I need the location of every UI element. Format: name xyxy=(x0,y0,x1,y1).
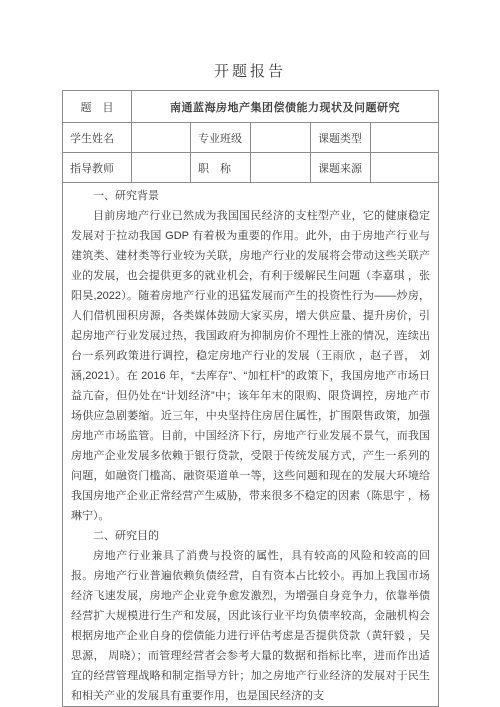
content-cell: 一、研究背景 目前房地产行业已然成为我国国民经济的支柱型产业，它的健康稳定发展对… xyxy=(63,183,439,707)
topic-value: 南通蓝海房地产集团偿债能力现状及问题研究 xyxy=(132,91,439,123)
student-name-label: 学生姓名 xyxy=(63,123,132,153)
section-heading-research-background: 一、研究背景 xyxy=(71,186,430,206)
topic-source-value-cell xyxy=(371,153,439,183)
research-background-paragraph: 目前房地产行业已然成为我国国民经济的支柱型产业，它的健康稳定发展对于拉动我国 G… xyxy=(71,206,430,526)
advisor-info-row: 指导教师 职 称 课题来源 xyxy=(63,153,439,183)
class-value-cell xyxy=(251,123,311,153)
content-row: 一、研究背景 目前房地产行业已然成为我国国民经济的支柱型产业，它的健康稳定发展对… xyxy=(63,183,439,707)
topic-type-value-cell xyxy=(371,123,439,153)
student-name-value-cell xyxy=(132,123,191,153)
topic-label: 题 目 xyxy=(63,91,132,123)
advisor-value-cell xyxy=(132,153,191,183)
research-purpose-paragraph: 房地产行业兼具了消费与投资的属性，具有较高的风险和较高的回报。房地产行业普遍依赖… xyxy=(71,546,430,706)
topic-row: 题 目 南通蓝海房地产集团偿债能力现状及问题研究 xyxy=(63,91,439,123)
advisor-label: 指导教师 xyxy=(63,153,132,183)
title-rank-label: 职 称 xyxy=(191,153,251,183)
student-info-row: 学生姓名 专业班级 课题类型 xyxy=(63,123,439,153)
section-heading-research-purpose: 二、研究目的 xyxy=(71,526,430,546)
title-rank-value-cell xyxy=(251,153,311,183)
report-info-table: 题 目 南通蓝海房地产集团偿债能力现状及问题研究 学生姓名 专业班级 课题类型 … xyxy=(62,90,439,707)
topic-type-label: 课题类型 xyxy=(311,123,371,153)
class-label: 专业班级 xyxy=(191,123,251,153)
topic-source-label: 课题来源 xyxy=(311,153,371,183)
page-title: 开题报告 xyxy=(0,60,500,81)
